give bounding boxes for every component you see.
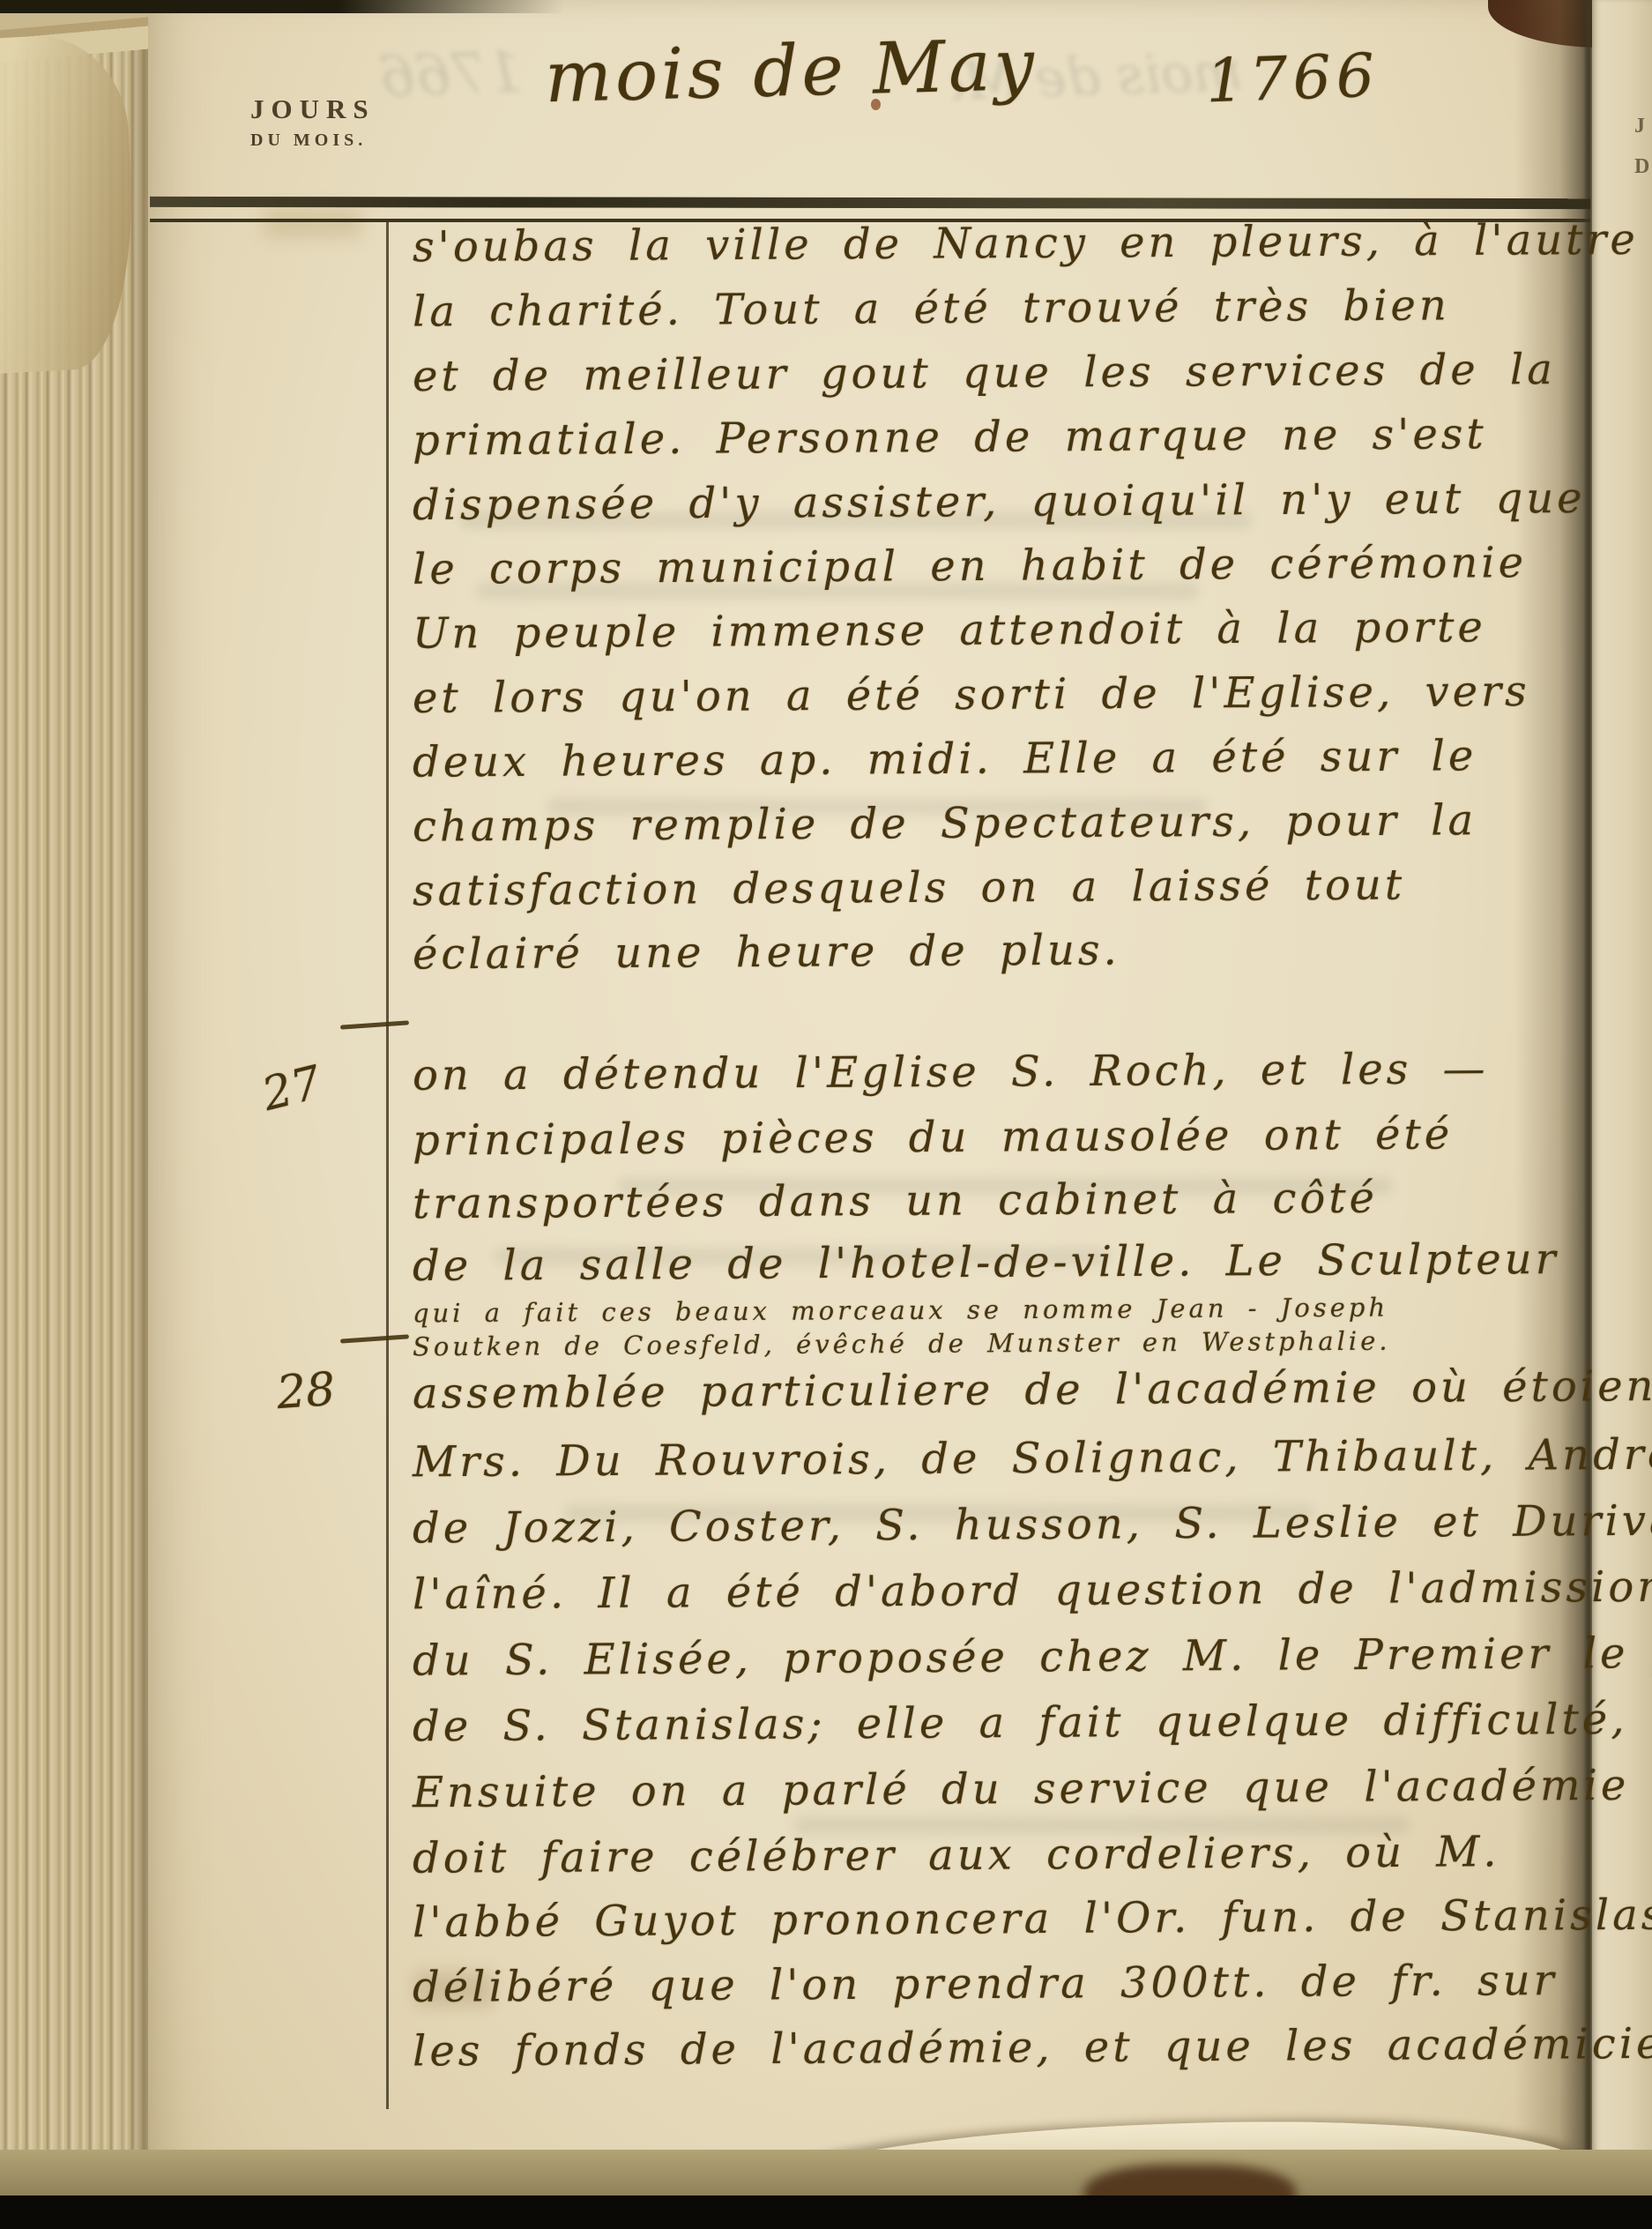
manuscript-line: du S. Elisée, proposée chez M. le Premie… <box>413 1631 1652 1681</box>
manuscript-line: primatiale. Personne de marque ne s'est <box>413 413 1487 461</box>
manuscript-line: l'aîné. Il a été d'abord question de l'a… <box>413 1566 1652 1616</box>
manuscript-line: dispensée d'y assister, quoiqu'il n'y eu… <box>413 477 1586 526</box>
manuscript-line: deux heures ap. midi. Elle a été sur le <box>413 734 1477 783</box>
manuscript-line: la charité. Tout a été trouvé très bien <box>413 284 1450 332</box>
manuscript-line: délibéré que l'on prendra 300tt. de fr. … <box>413 1959 1558 2009</box>
bottom-scan-shadow <box>0 2195 1652 2229</box>
manuscript-line: assemblée particuliere de l'académie où … <box>413 1364 1652 1414</box>
manuscript-line: Un peuple immense attendoit à la porte <box>413 606 1486 654</box>
bottom-edge-band <box>0 2150 1652 2199</box>
manuscript-line: qui a fait ces beaux morceaux se nomme J… <box>413 1295 1388 1327</box>
manuscript-line: on a détendu l'Eglise S. Roch, et les — <box>413 1047 1489 1096</box>
year-handwritten: 1766 <box>1205 41 1381 117</box>
day-column-rule <box>386 222 389 2109</box>
manuscript-line: de Jozzi, Coster, S. husson, S. Leslie e… <box>413 1500 1652 1550</box>
manuscript-line: les fonds de l'académie, et que les acad… <box>413 2022 1652 2072</box>
header-rule-thick <box>150 197 1590 209</box>
printed-label-jours: JOURS <box>250 93 376 125</box>
manuscript-line: champs remplie de Spectateurs, pour la <box>413 799 1477 847</box>
manuscript-scan: 1766 mois de May JOURS DU MOIS. mois de … <box>0 0 1652 2229</box>
manuscript-line: de S. Stanislas; elle a fait quelque dif… <box>413 1698 1628 1748</box>
manuscript-line: Soutken de Coesfeld, évêché de Munster e… <box>413 1329 1391 1361</box>
facing-page-print-fragment: D <box>1634 155 1652 179</box>
bleedthrough-year: 1766 <box>378 40 524 110</box>
manuscript-line: et de meilleur gout que les services de … <box>413 348 1556 398</box>
month-title-handwritten: mois de May <box>544 24 1038 119</box>
manuscript-line: satisfaction desquels on a laissé tout <box>413 864 1405 913</box>
paper-stain <box>264 208 361 238</box>
printed-label-du-mois: DU MOIS. <box>250 130 367 151</box>
entry-day-number: 28 <box>275 1363 337 1420</box>
manuscript-line: l'abbé Guyot prononcera l'Or. fun. de St… <box>413 1894 1652 1944</box>
manuscript-line: transportées dans un cabinet à côté <box>413 1177 1378 1226</box>
manuscript-line: doit faire célébrer aux cordeliers, où M… <box>413 1830 1500 1880</box>
manuscript-line: s'oubas la ville de Nancy en pleurs, à l… <box>413 219 1639 268</box>
manuscript-line: Mrs. Du Rouvrois, de Solignac, Thibault,… <box>413 1434 1652 1484</box>
manuscript-line: le corps municipal en habit de cérémonie <box>413 541 1527 591</box>
manuscript-line: éclairé une heure de plus. <box>413 929 1120 976</box>
top-scan-shadow <box>0 0 564 13</box>
manuscript-line: et lors qu'on a été sorti de l'Eglise, v… <box>413 670 1530 719</box>
facing-page-print-fragment: J <box>1634 115 1652 138</box>
manuscript-line: Ensuite on a parlé du service que l'acad… <box>413 1764 1630 1814</box>
manuscript-line: de la salle de l'hotel-de-ville. Le Scul… <box>413 1238 1559 1287</box>
manuscript-line: principales pièces du mausolée ont été <box>413 1113 1453 1161</box>
